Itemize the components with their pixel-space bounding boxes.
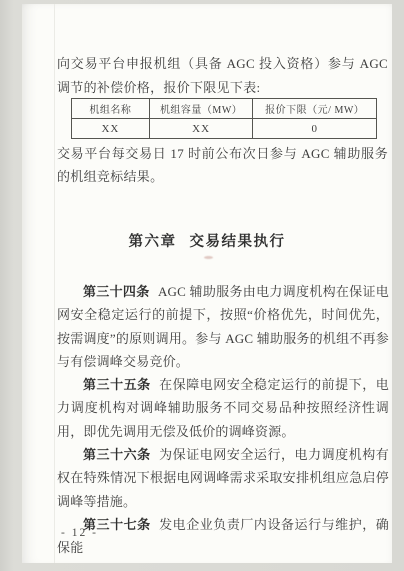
- document-page: 向交易平台申报机组（具备 AGC 投入资格）参与 AGC 调节的补偿价格，报价下…: [22, 4, 392, 563]
- chapter-number: 第六章: [129, 234, 177, 250]
- table-row: XX XX 0: [72, 119, 377, 139]
- after-table-paragraph: 交易平台每交易日 17 时前公布次日参与 AGC 辅助服务的机组竞标结果。: [57, 142, 388, 188]
- article-label: 第三十六条: [83, 447, 151, 462]
- table-header-price-floor: 报价下限（元/ MW）: [253, 99, 377, 119]
- price-table: 机组名称 机组容量（MW） 报价下限（元/ MW） XX XX 0: [71, 98, 377, 139]
- article-label: 第三十五条: [83, 377, 151, 392]
- article-paragraph-36: 第三十六条为保证电网安全运行，电力调度机构有权在特殊情况下根据电网调峰需求采取安…: [57, 443, 389, 513]
- table-cell-unit-capacity: XX: [149, 119, 253, 139]
- table-cell-unit-name: XX: [72, 119, 150, 139]
- article-paragraph-34: 第三十四条AGC 辅助服务由电力调度机构在保证电网安全稳定运行的前提下，按照“价…: [57, 280, 389, 373]
- page-number: - 12 -: [61, 527, 98, 539]
- table-header-unit-capacity: 机组容量（MW）: [149, 99, 253, 119]
- table-cell-price-floor: 0: [253, 119, 377, 139]
- smudge-mark: [204, 256, 213, 259]
- table-header-unit-name: 机组名称: [72, 99, 150, 119]
- scan-background: 向交易平台申报机组（具备 AGC 投入资格）参与 AGC 调节的补偿价格，报价下…: [0, 0, 404, 571]
- table-header-row: 机组名称 机组容量（MW） 报价下限（元/ MW）: [72, 99, 377, 119]
- chapter-heading: 第六章交易结果执行: [22, 230, 392, 251]
- fold-line: [54, 4, 55, 563]
- chapter-title: 交易结果执行: [190, 234, 286, 250]
- article-paragraph-37: 第三十七条发电企业负责厂内设备运行与维护，确保能: [57, 513, 389, 560]
- article-label: 第三十四条: [83, 284, 150, 299]
- articles-section: 第三十四条AGC 辅助服务由电力调度机构在保证电网安全稳定运行的前提下，按照“价…: [57, 280, 389, 560]
- intro-paragraph: 向交易平台申报机组（具备 AGC 投入资格）参与 AGC 调节的补偿价格，报价下…: [57, 52, 388, 100]
- article-paragraph-35: 第三十五条在保障电网安全稳定运行的前提下，电力调度机构对调峰辅助服务不同交易品种…: [57, 373, 389, 443]
